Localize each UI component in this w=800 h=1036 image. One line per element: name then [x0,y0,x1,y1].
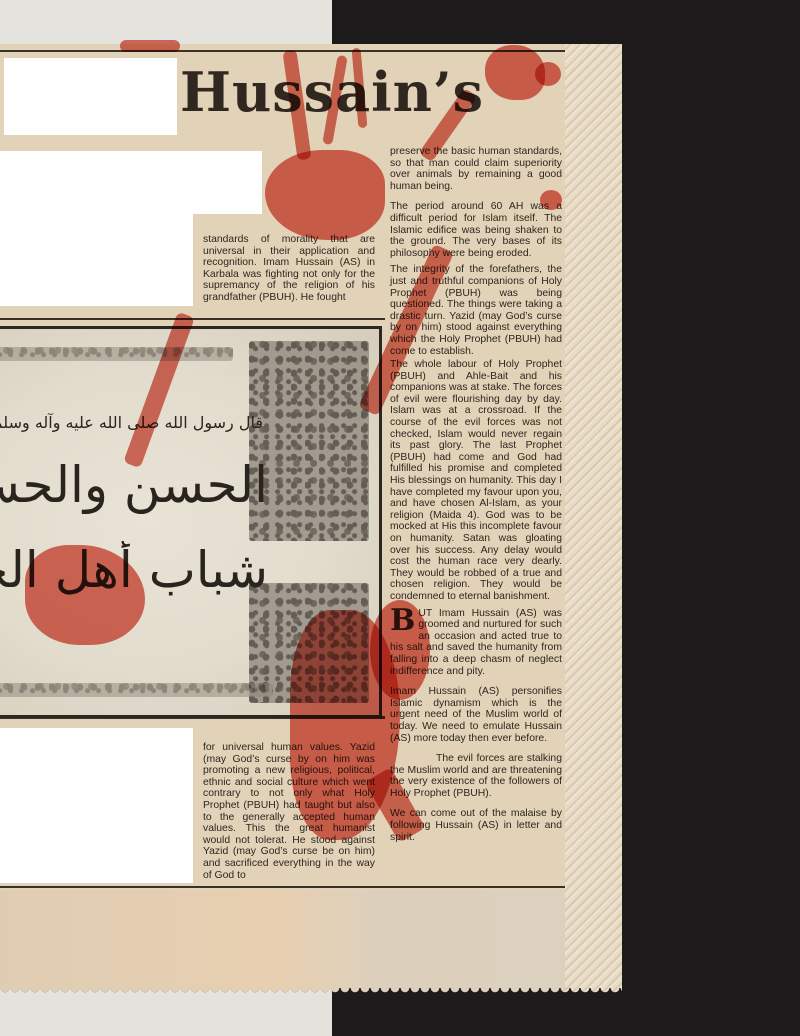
paragraph: standards of morality that are universal… [203,234,375,304]
floral-border-ornament [0,683,273,697]
calligraphy-hadith-attribution: قال رسول الله صلى الله عليه وآله وسلم [0,413,263,432]
scan-background-bottom [0,995,332,1036]
scalloped-edge-left [0,988,332,998]
redacted-area [0,214,193,306]
article-column-right: preserve the basic human standards, so t… [390,146,562,852]
paragraph: Imam Hussain (AS) personifies Islamic dy… [390,686,562,744]
paragraph: preserve the basic human standards, so t… [390,146,562,192]
article-column-middle-bottom: for universal human values. Yazid (may G… [203,742,375,890]
calligraphy-image: قال رسول الله صلى الله عليه وآله وسلم ال… [0,326,382,718]
embossed-edge [565,44,622,994]
paragraph: for universal human values. Yazid (may G… [203,742,375,881]
paragraph: The period around 60 AH was a difficult … [390,201,562,259]
article-column-middle-top: standards of morality that are universal… [203,234,375,313]
drop-cap: B [390,608,415,634]
redacted-area [0,728,193,883]
top-rule [0,50,565,52]
blood-splash [120,40,180,52]
paragraph: The whole labour of Holy Prophet (PBUH) … [390,359,562,602]
redacted-area [0,151,262,214]
calligraphy-line-2: شباب أهل الجنة [0,541,268,599]
clipping-blank-margin [0,890,622,994]
floral-border-ornament [0,347,233,361]
paragraph: UT Imam Hussain (AS) was groomed and nur… [390,608,562,677]
redacted-area [4,58,177,135]
paragraph: The evil forces are stalking the Muslim … [390,753,562,799]
